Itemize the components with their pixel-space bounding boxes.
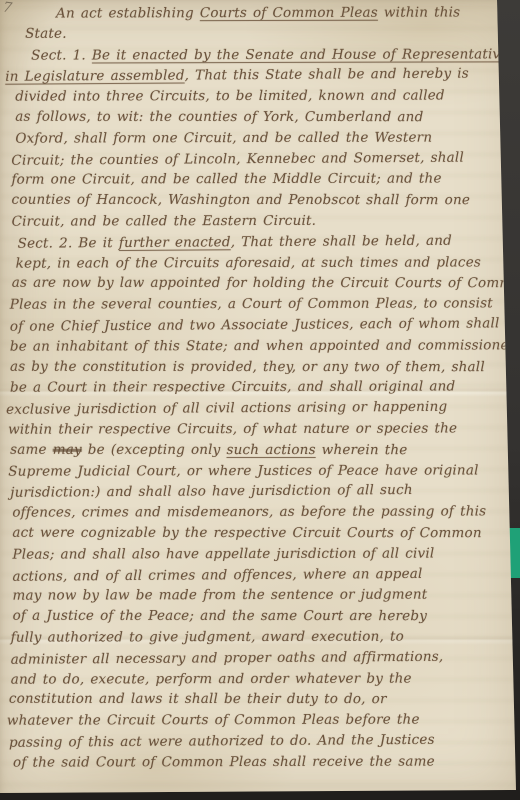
manuscript-line: form one Circuit, and be called the Midd… [11,169,519,191]
phrase: divided into three Circuits, to be limit… [15,88,445,105]
phrase: An act establishing [56,5,200,21]
phrase: within their respective Circuits, of wha… [8,420,457,437]
manuscript-line: Sect. 2. Be it further enacted, That the… [18,230,520,254]
phrase: Pleas in the several counties, a Court o… [10,296,493,313]
scanned-document: 7 An act establishing Courts of Common P… [0,0,520,800]
underlined-phrase: Be it enacted by the Senate and House of… [92,46,516,63]
phrase: , That there shall be held, and [231,232,452,250]
struck-word: may [53,442,82,458]
manuscript-line: Pleas; and shall also have appellate jur… [12,543,520,565]
manuscript-line: as are now by law appointed for holding … [12,273,520,294]
manuscript-line: Sect. 1. Be it enacted by the Senate and… [31,44,519,66]
manuscript-line: constitution and laws it shall be their … [9,689,520,710]
manuscript-line: in Legislature assembled, That this Stat… [5,64,519,88]
manuscript-line: Pleas in the several counties, a Court o… [10,293,520,315]
phrase: wherein the [316,442,408,458]
manuscript-line: of one Chief Justice and two Associate J… [10,313,520,337]
phrase: be an inhabitant of this State; and when… [10,337,518,354]
manuscript-line: Circuit, and be called the Eastern Circu… [12,210,520,232]
manuscript-line: fully authorized to give judgment, award… [11,626,520,648]
manuscript-text: An act establishing Courts of Common Ple… [0,2,520,773]
phrase: be (excepting only [82,442,227,458]
manuscript-line: be an inhabitant of this State; and when… [10,335,520,357]
phrase: fully authorized to give judgment, award… [11,629,404,646]
phrase: be a Court in their respective Circuits,… [10,379,455,396]
manuscript-line: be a Court in their respective Circuits,… [10,377,520,399]
manuscript-line: act were cognizable by the respective Ci… [12,523,520,544]
manuscript-line: actions, and of all crimes and offences,… [12,563,520,587]
phrase: jurisdiction:) and shall also have juris… [10,482,413,501]
phrase: Sect. 1. [31,47,92,63]
phrase: of a Justice of the Peace; and the same … [13,608,427,624]
manuscript-line: as follows, to wit: the counties of York… [15,107,519,128]
phrase: Pleas; and shall also have appellate jur… [12,545,434,562]
phrase: of the said Court of Common Pleas shall … [13,753,435,770]
phrase: counties of Hancock, Washington and Peno… [12,192,471,208]
manuscript-line: offences, crimes and misdemeanors, as be… [12,501,520,523]
phrase: constitution and laws it shall be their … [9,691,387,707]
manuscript-line: exclusive jurisdiction of all civil acti… [6,396,520,420]
manuscript-line: jurisdiction:) and shall also have juris… [10,480,520,504]
phrase: Circuit, and be called the Eastern Circu… [12,213,317,230]
phrase: Oxford, shall form one Circuit, and be c… [15,129,432,146]
manuscript-line: passing of this act were authorized to d… [9,729,520,753]
phrase: actions, and of all crimes and offences,… [12,565,422,584]
phrase: passing of this act were authorized to d… [9,732,435,751]
phrase: exclusive jurisdiction of all civil acti… [6,399,447,418]
phrase: kept, in each of the Circuits aforesaid,… [16,254,481,271]
manuscript-line: same may be (excepting only such actions… [10,439,520,460]
manuscript-line: counties of Hancock, Washington and Peno… [12,190,520,211]
manuscript-line: State. [25,24,519,45]
phrase: act were cognizable by the respective Ci… [12,525,481,541]
manuscript-line: Circuit; the counties of Lincoln, Kenneb… [11,147,519,171]
manuscript-line: Oxford, shall form one Circuit, and be c… [15,127,519,149]
phrase: as by the constitution is provided, they… [10,358,485,374]
underlined-phrase: in Legislature assembled [5,68,185,85]
phrase: and to do, execute, perform and order wh… [11,670,412,687]
phrase: Sect. 2. Be it [18,235,119,252]
manuscript-line: An act establishing Courts of Common Ple… [56,2,519,24]
phrase: within this [378,4,460,20]
phrase: administer all necessary and proper oath… [11,648,444,667]
phrase: form one Circuit, and be called the Midd… [11,171,441,188]
manuscript-line: within their respective Circuits, of wha… [8,418,520,440]
phrase: , That this State shall be and hereby is [185,66,469,84]
manuscript-paper: 7 An act establishing Courts of Common P… [0,0,520,800]
phrase: as are now by law appointed for holding … [12,275,520,291]
underlined-phrase: Courts of Common Pleas [200,5,378,21]
manuscript-line: Supreme Judicial Court, or where Justice… [8,460,520,482]
phrase: offences, crimes and misdemeanors, as be… [12,504,486,521]
manuscript-line: divided into three Circuits, to be limit… [15,86,519,108]
underlined-phrase: further enacted [119,234,231,251]
manuscript-line: of the said Court of Common Pleas shall … [13,751,520,773]
manuscript-line: administer all necessary and proper oath… [11,646,520,670]
phrase: as follows, to wit: the counties of York… [15,109,423,125]
manuscript-line: kept, in each of the Circuits aforesaid,… [16,252,520,274]
underlined-phrase: such actions [227,442,316,458]
phrase: Supreme Judicial Court, or where Justice… [8,462,478,479]
phrase: Circuit; the counties of Lincoln, Kenneb… [11,149,464,168]
manuscript-line: as by the constitution is provided, they… [10,356,520,377]
manuscript-line: and to do, execute, perform and order wh… [11,668,520,690]
phrase: of one Chief Justice and two Associate J… [10,315,500,334]
manuscript-line: whatever the Circuit Courts of Common Pl… [7,709,520,731]
phrase: whatever the Circuit Courts of Common Pl… [7,712,420,729]
phrase: same [10,441,53,457]
manuscript-line: of a Justice of the Peace; and the same … [13,606,520,627]
manuscript-line: may now by law be made from the sentence… [13,585,520,607]
phrase: may now by law be made from the sentence… [13,587,428,604]
phrase: State. [25,26,67,42]
